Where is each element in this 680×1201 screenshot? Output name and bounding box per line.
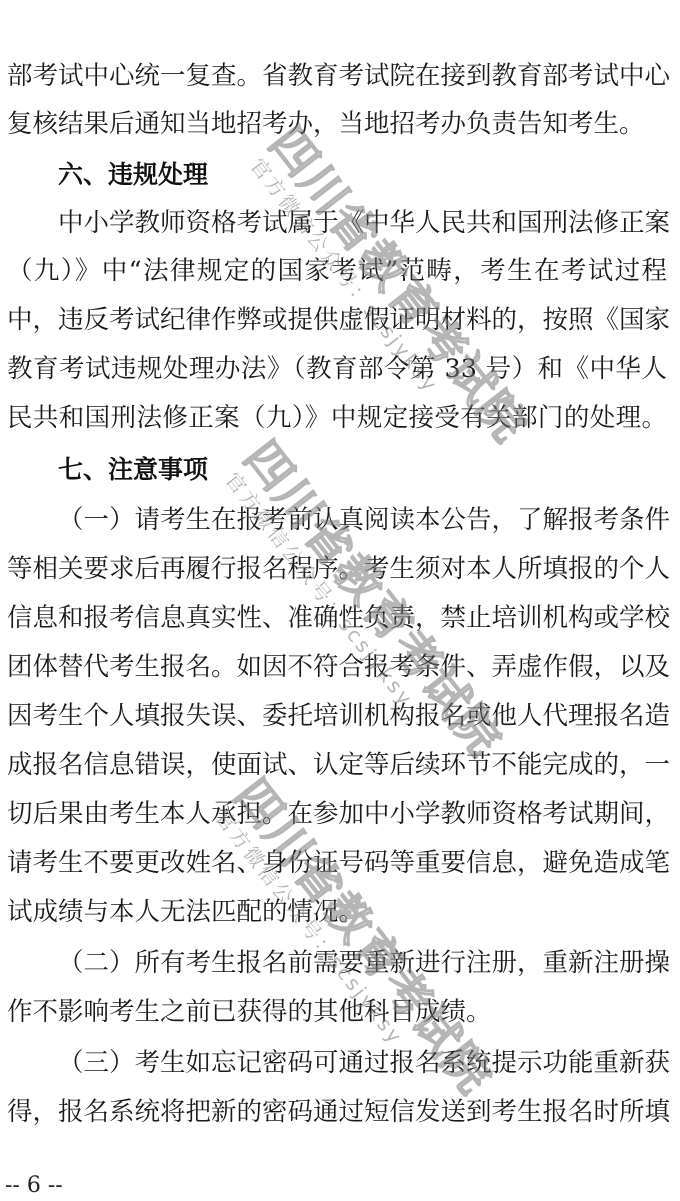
body-line: 信息和报考信息真实性、准确性负责，禁止培训机构或学校 <box>7 602 667 634</box>
body-line: 试成绩与本人无法匹配的情况。 <box>7 896 667 928</box>
body-line: 切后果由考生本人承担。在参加中小学教师资格考试期间， <box>7 798 667 830</box>
document-page: 部考试中心统一复查。省教育考试院在接到教育部考试中心 复核结果后通知当地招考办，… <box>0 0 680 1201</box>
body-line: （二）所有考生报名前需要重新进行注册，重新注册操 <box>58 947 667 979</box>
body-line: 因考生个人填报失误、委托培训机构报名或他人代理报名造 <box>7 700 667 732</box>
body-line: 团体替代考生报名。如因不符合报考条件、弄虚作假，以及 <box>7 651 667 683</box>
body-line: 部考试中心统一复查。省教育考试院在接到教育部考试中心 <box>7 60 667 92</box>
body-line: 复核结果后通知当地招考办，当地招考办负责告知考生。 <box>7 108 667 140</box>
body-line: 民共和国刑法修正案（九）》中规定接受有关部门的处理。 <box>7 402 667 434</box>
body-line: 作不影响考生之前已获得的其他科目成绩。 <box>7 996 667 1028</box>
body-line: （一）请考生在报考前认真阅读本公告，了解报考条件 <box>58 504 667 536</box>
body-line: 请考生不要更改姓名、身份证号码等重要信息，避免造成笔 <box>7 847 667 879</box>
body-line: 中，违反考试纪律作弊或提供虚假证明材料的，按照《国家 <box>7 304 667 336</box>
body-line: （九）》中“法律规定的国家考试”范畴，考生在考试过程 <box>7 255 667 287</box>
page-number: -- 6 -- <box>5 1172 63 1200</box>
body-line: 等相关要求后再履行报名程序。考生须对本人所填报的个人 <box>7 553 667 585</box>
body-line: 中小学教师资格考试属于《中华人民共和国刑法修正案 <box>58 207 667 239</box>
body-line: 成报名信息错误，使面试、认定等后续环节不能完成的，一 <box>7 749 667 781</box>
body-line: （三）考生如忘记密码可通过报名系统提示功能重新获 <box>58 1047 667 1079</box>
body-line: 得，报名系统将把新的密码通过短信发送到考生报名时所填 <box>7 1096 667 1128</box>
section-heading-7: 七、注意事项 <box>58 454 208 486</box>
section-heading-6: 六、违规处理 <box>58 159 208 191</box>
body-line: 教育考试违规处理办法》（教育部令第 33 号）和《中华人 <box>7 353 667 385</box>
